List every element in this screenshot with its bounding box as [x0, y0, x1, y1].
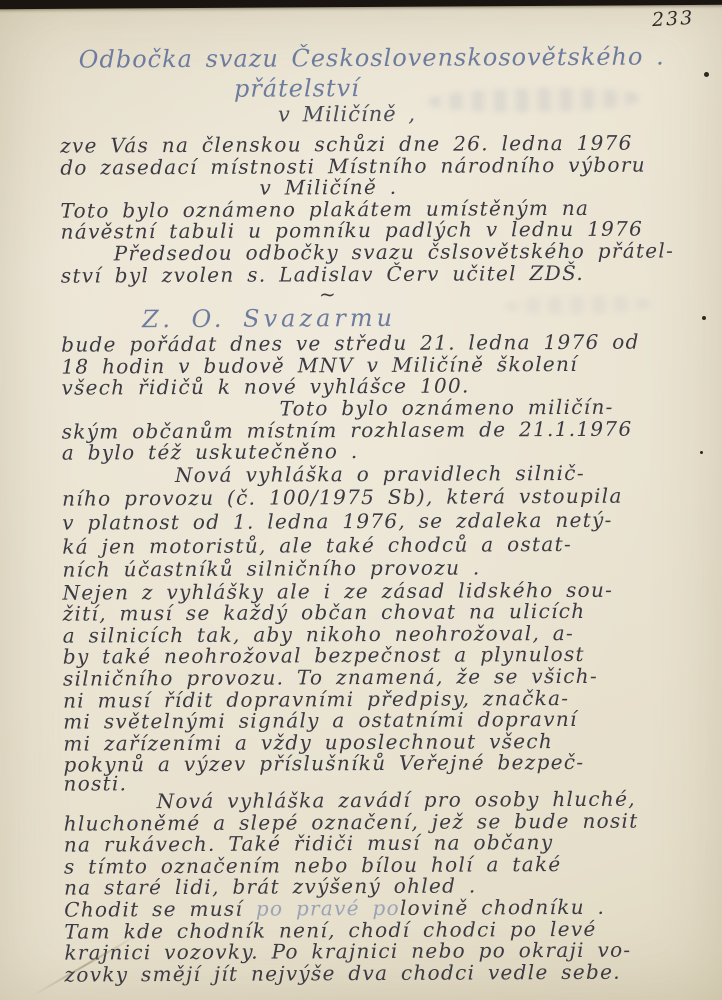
handwritten-line: zovky smějí jít nejvýše dva chodci vedle… [64, 961, 688, 986]
paragraph-announcement: Toto bylo oznámeno plakátem umístěným na… [60, 197, 684, 287]
paragraph-new-rules: Nová vyhláška zavádí pro osoby hluché, h… [64, 788, 689, 899]
paragraph-conduct: Nejen z vyhlášky ale i ze zásad lidského… [62, 579, 687, 792]
paragraph-pedestrians: Chodit se musí po pravé polovině chodník… [64, 896, 688, 986]
chronicle-page: 233 Odbočka svazu Československosovětské… [0, 0, 722, 1000]
handwritten-content: Odbočka svazu Československosovětského .… [59, 0, 688, 986]
handwritten-line: ká jen motoristů, ale také chodců a osta… [62, 532, 686, 559]
section-svazarm: Z. O. Svazarmu bude pořádat dnes ve stře… [61, 303, 686, 465]
handwritten-line: ským občanům místním rozhlasem de 21.1.1… [62, 418, 686, 443]
text-segment-faded: po pravé po [256, 896, 400, 921]
paragraph-decree: Nová vyhláška o pravidlech silnič- ního … [62, 461, 687, 582]
ink-speck [702, 316, 706, 320]
handwritten-line: v platnost od 1. ledna 1976, se zdaleka … [62, 508, 686, 535]
heading-line: Odbočka svazu Československosovětského . [59, 0, 683, 76]
ink-speck [704, 72, 709, 77]
ink-speck [700, 451, 703, 454]
paragraph-invitation: zve Vás na členskou schůzi dne 26. ledna… [60, 132, 684, 200]
